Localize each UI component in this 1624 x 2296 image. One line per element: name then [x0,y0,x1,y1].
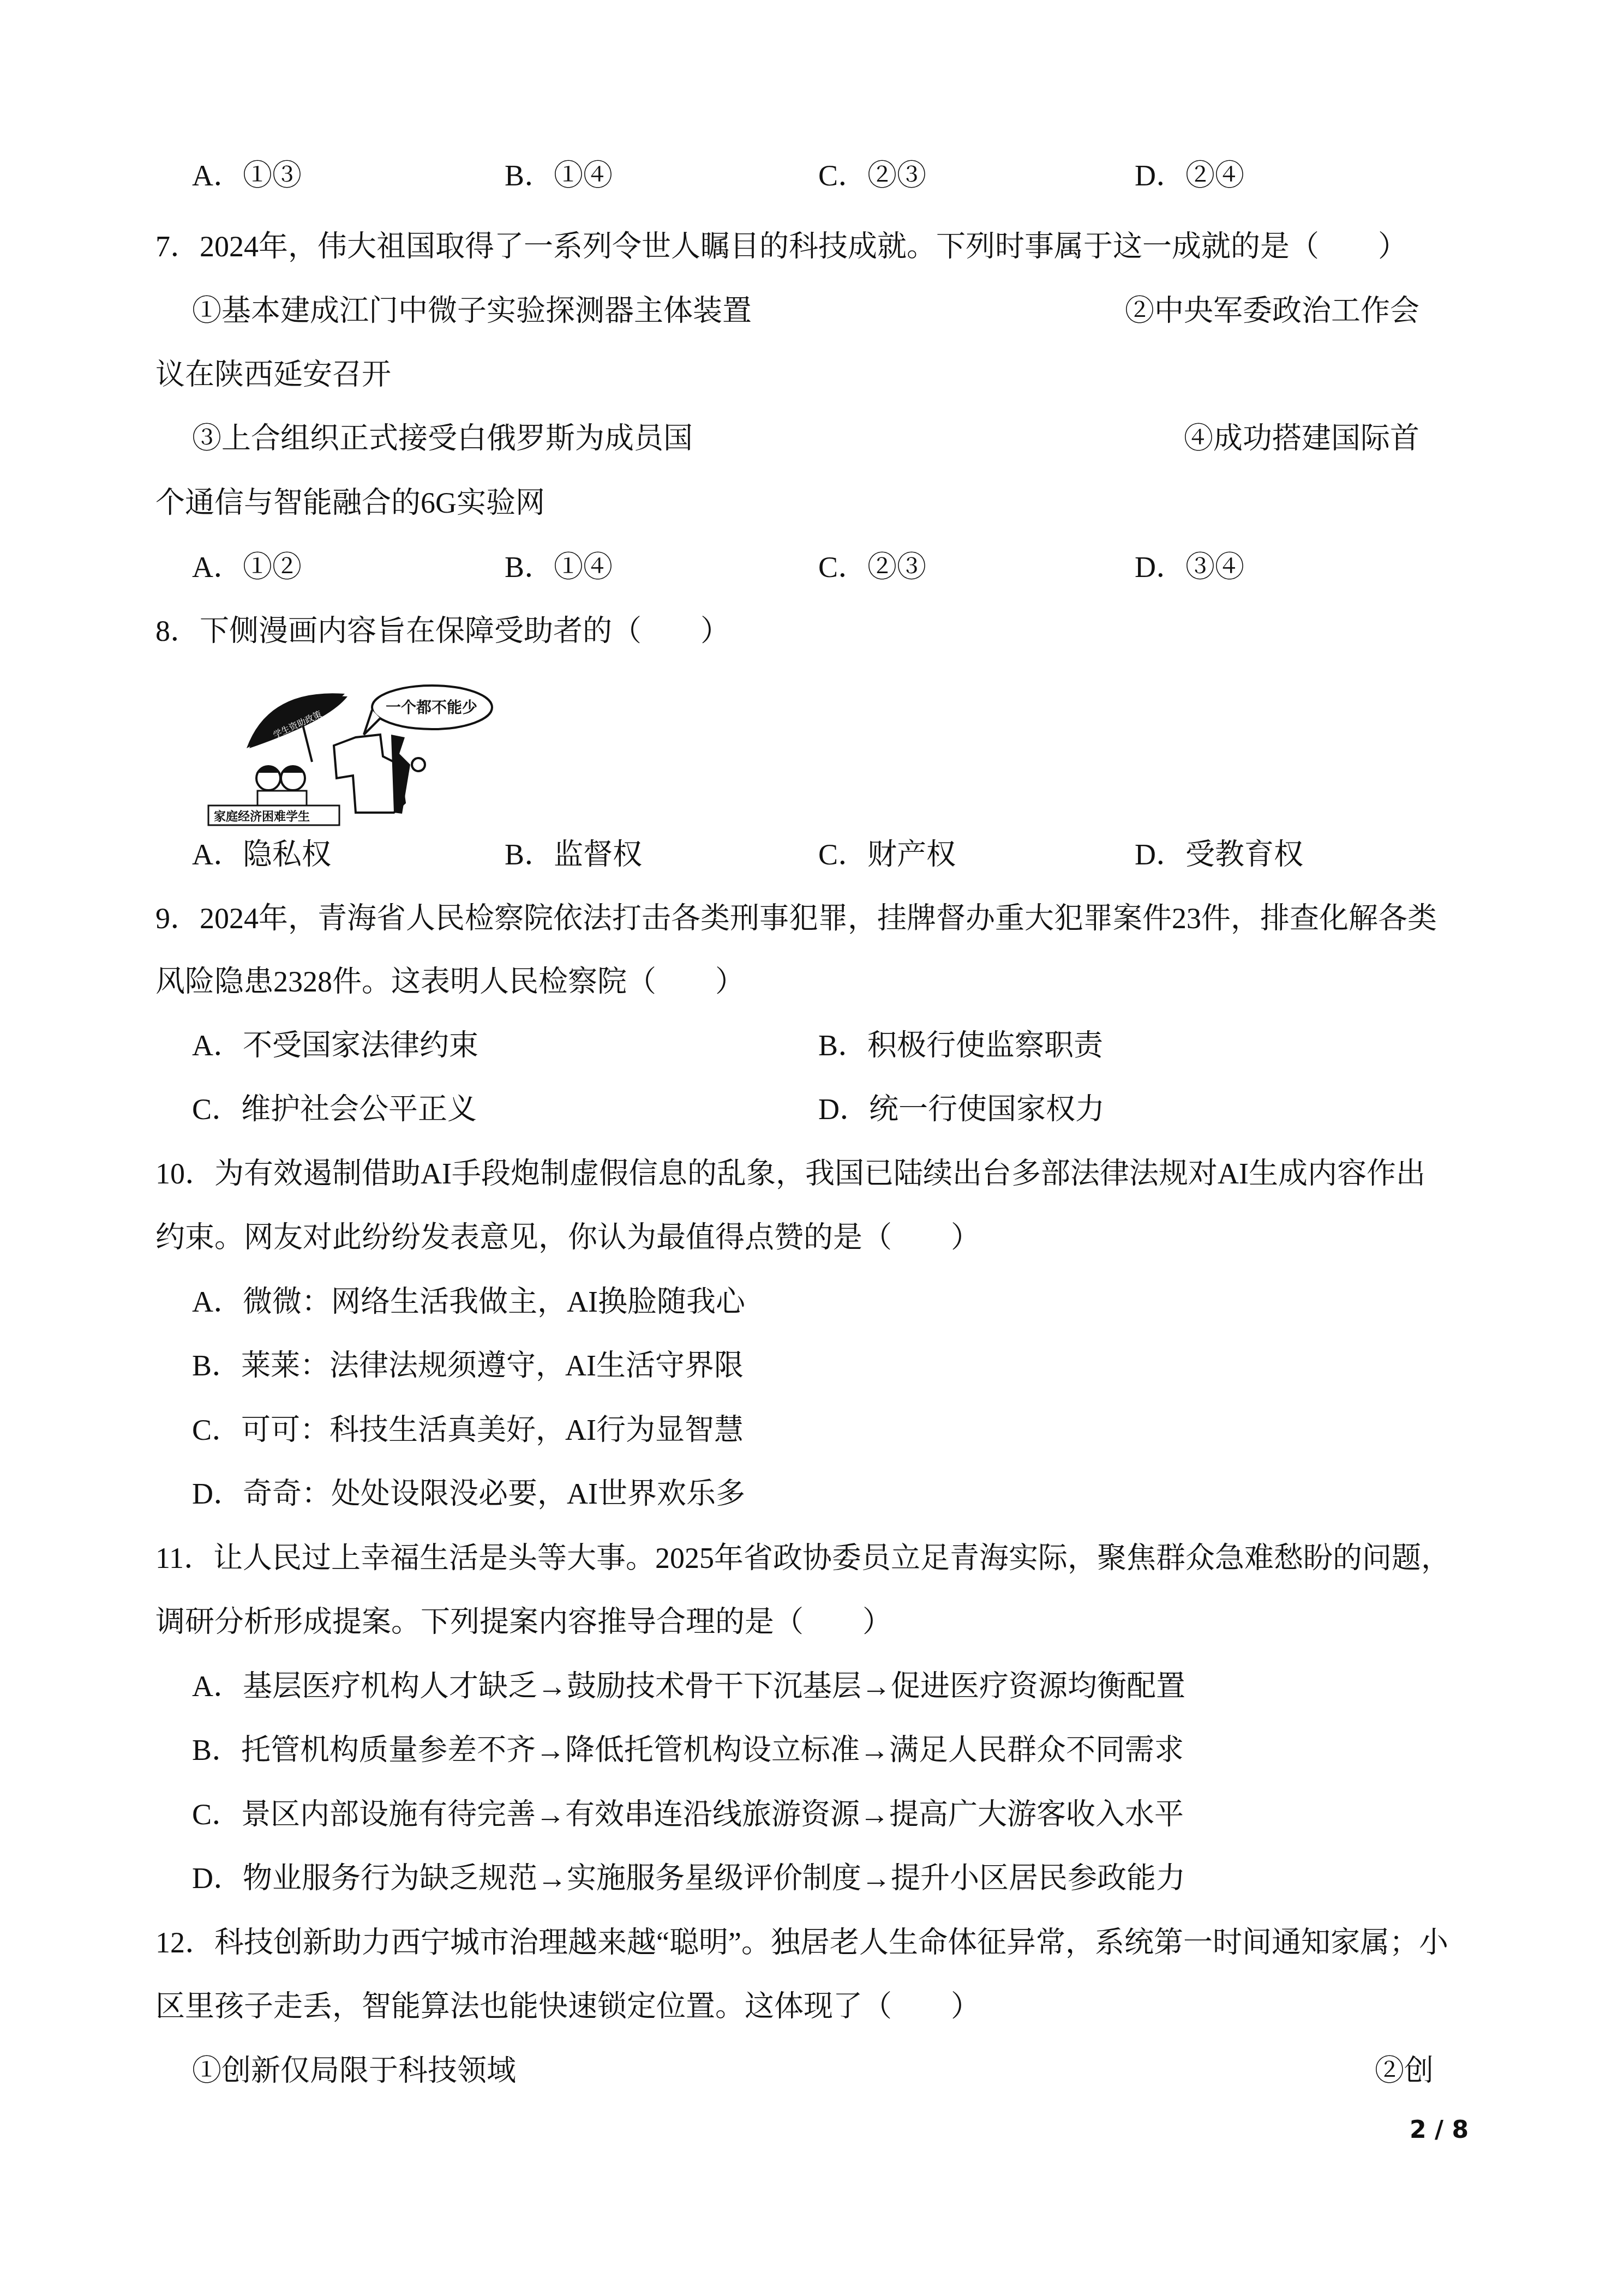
q7-item-4: ④成功搭建国际首 [1184,421,1419,456]
q11-stem-line2: 调研分析形成提案。下列提案内容推导合理的是（ ） [155,1604,892,1639]
q8-option-a: A．隐私权 [192,837,331,872]
q8-cartoon-image: 学生资助政策 家庭经济困难学生 一个都不能少 [192,666,498,830]
q11-option-a: A．基层医疗机构人才缺乏→鼓励技术骨干下沉基层→促进医疗资源均衡配置 [192,1669,1185,1704]
q9-stem-line1: 9．2024年，青海省人民检察院依法打击各类刑事犯罪，挂牌督办重大犯罪案件23件… [155,901,1437,936]
q6-option-c: C．②③ [818,158,926,193]
q12-item-2: ②创 [1375,2053,1434,2088]
q7-item-2-cont: 议在陕西延安召开 [155,357,391,392]
q10-option-d: D．奇奇：处处设限没必要，AI世界欢乐多 [192,1476,745,1511]
q7-item-4-cont: 个通信与智能融合的6G实验网 [155,485,545,520]
q7-item-1: ①基本建成江门中微子实验探测器主体装置 [192,293,752,328]
q12-item-1: ①创新仅局限于科技领域 [192,2053,516,2088]
q6-option-a: A．①③ [192,158,302,193]
q7-item-2: ②中央军委政治工作会 [1125,293,1419,328]
q12-stem-line1: 12．科技创新助力西宁城市治理越来越“聪明”。独居老人生命体征异常，系统第一时间… [155,1925,1448,1960]
q11-option-c: C．景区内部设施有待完善→有效串连沿线旅游资源→提高广大游客收入水平 [192,1797,1184,1832]
q9-option-b: B．积极行使监察职责 [818,1028,1103,1063]
svg-text:一个都不能少: 一个都不能少 [386,699,477,717]
q6-option-d: D．②④ [1135,158,1244,193]
q7-option-c: C．②③ [818,550,926,585]
q11-option-b: B．托管机构质量参差不齐→降低托管机构设立标准→满足人民群众不同需求 [192,1733,1184,1768]
q7-option-b: B．①④ [505,550,613,585]
svg-text:家庭经济困难学生: 家庭经济困难学生 [214,809,310,823]
q7-option-a: A．①② [192,550,302,585]
q11-option-d: D．物业服务行为缺乏规范→实施服务星级评价制度→提升小区居民参政能力 [192,1861,1185,1896]
q10-option-b: B．莱莱：法律法规须遵守，AI生活守界限 [192,1348,744,1383]
q10-option-c: C．可可：科技生活真美好，AI行为显智慧 [192,1413,744,1447]
q8-stem: 8．下侧漫画内容旨在保障受助者的（ ） [155,614,730,648]
q7-stem: 7．2024年，伟大祖国取得了一系列令世人瞩目的科技成就。下列时事属于这一成就的… [155,229,1407,264]
q10-option-a: A．微微：网络生活我做主，AI换脸随我心 [192,1284,745,1319]
q9-option-d: D．统一行使国家权力 [818,1092,1105,1127]
q8-option-b: B．监督权 [505,837,642,872]
q8-option-c: C．财产权 [818,837,956,872]
q9-stem-line2: 风险隐患2328件。这表明人民检察院（ ） [155,964,745,999]
q10-stem-line1: 10．为有效遏制借助AI手段炮制虚假信息的乱象，我国已陆续出台多部法律法规对AI… [155,1156,1425,1191]
q9-option-a: A．不受国家法律约束 [192,1028,478,1063]
q10-stem-line2: 约束。网友对此纷纷发表意见，你认为最值得点赞的是（ ） [155,1220,980,1255]
q6-option-b: B．①④ [505,158,613,193]
q7-item-3: ③上合组织正式接受白俄罗斯为成员国 [192,421,693,456]
q8-option-d: D．受教育权 [1135,837,1303,872]
q7-option-d: D．③④ [1135,550,1244,585]
page-number: 2 / 8 [1410,2116,1469,2144]
q12-stem-line2: 区里孩子走丢，智能算法也能快速锁定位置。这体现了（ ） [155,1989,980,2024]
q11-stem-line1: 11．让人民过上幸福生活是头等大事。2025年省政协委员立足青海实际，聚焦群众急… [155,1541,1451,1576]
q9-option-c: C．维护社会公平正义 [192,1092,477,1127]
